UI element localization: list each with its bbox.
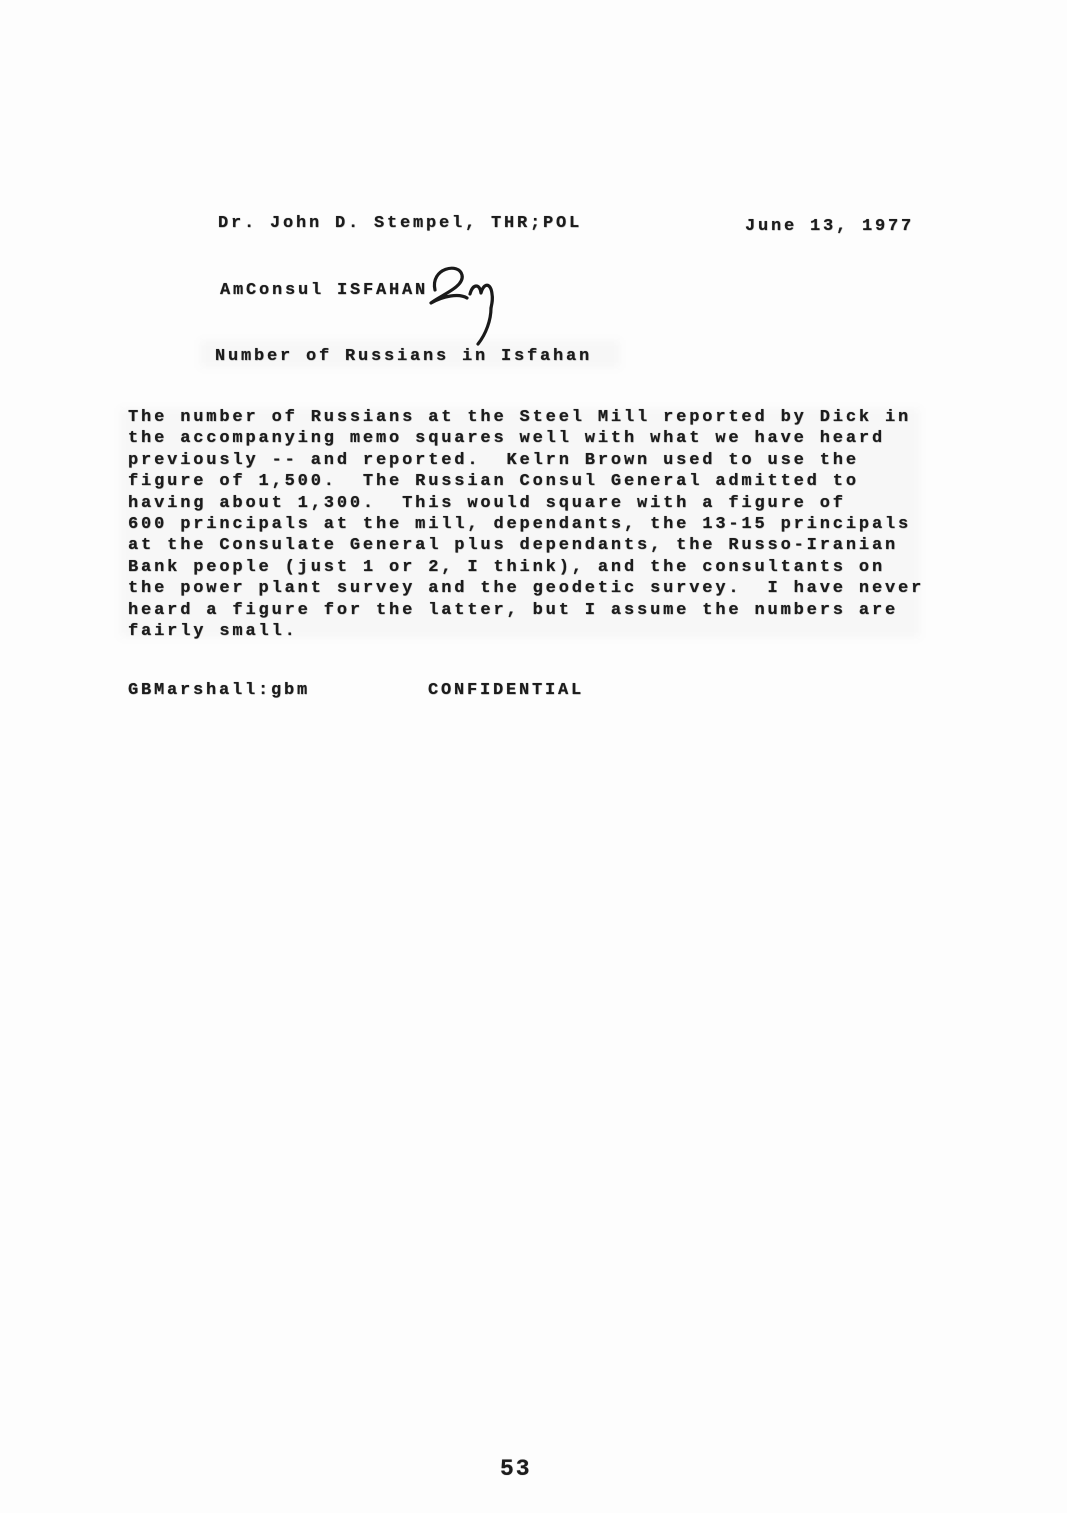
body-line: the accompanying memo squares well with … [128,428,924,449]
memo-page: Dr. John D. Stempel, THR;POL June 13, 19… [0,0,1067,1513]
body-line: fairly small. [128,621,924,642]
drafter-line: GBMarshall:gbm [128,681,310,700]
body-line: at the Consulate General plus dependants… [128,535,924,556]
date-line: June 13, 1977 [745,217,914,236]
subject-line: Number of Russians in Isfahan [215,347,592,366]
signature-initials-icon [415,258,525,348]
addressee-line: Dr. John D. Stempel, THR;POL [218,214,582,233]
body-line: heard a figure for the latter, but I ass… [128,600,924,621]
body-line: having about 1,300. This would square wi… [128,493,924,514]
body-line: previously -- and reported. Kelrn Brown … [128,450,924,471]
body-line: figure of 1,500. The Russian Consul Gene… [128,471,924,492]
page-number: 53 [500,1456,532,1482]
body-line: the power plant survey and the geodetic … [128,578,924,599]
body-line: The number of Russians at the Steel Mill… [128,407,924,428]
from-line: AmConsul ISFAHAN [220,281,428,300]
body-line: 600 principals at the mill, dependants, … [128,514,924,535]
classification-label: CONFIDENTIAL [428,681,584,700]
body-line: Bank people (just 1 or 2, I think), and … [128,557,924,578]
memo-body: The number of Russians at the Steel Mill… [128,407,924,642]
